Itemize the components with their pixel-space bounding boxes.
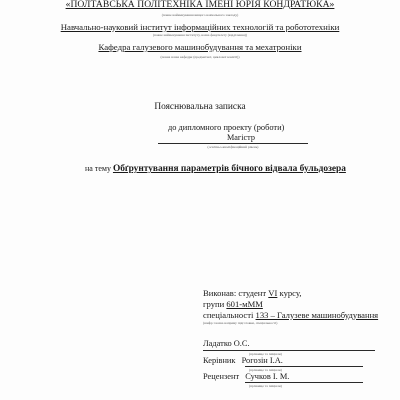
topic-prefix: на тему	[85, 164, 111, 173]
topic-title: Обґрунтування параметрів бічного відвала…	[113, 164, 346, 174]
performed-label: Виконав: студент	[203, 288, 266, 298]
supervisor-name: Рогозін І.А.	[242, 356, 283, 365]
student-name: Ладатко О.С.	[203, 339, 250, 348]
institute-name: Навчально-науковий інститут інформаційни…	[0, 22, 400, 32]
department-caption: (повна назва кафедри (предметної, циклов…	[0, 55, 400, 59]
reviewer-caption: (прізвище та ініціали)	[249, 384, 282, 388]
specialty-row: спеціальності 133 – Галузеве машинобудув…	[203, 310, 378, 320]
degree: Магістр	[227, 133, 255, 142]
reviewer-name: Сучков І. М.	[245, 372, 289, 381]
degree-caption: (освітньо-кваліфікаційний рівень)	[158, 145, 308, 149]
university-caption: (повне найменування вищого навчального з…	[0, 13, 400, 17]
specialty-label: спеціальності	[203, 310, 253, 320]
supervisor-row: Керівник Рогозін І.А.	[203, 356, 283, 365]
document-type: Пояснювальна записка	[0, 102, 400, 112]
department-name: Кафедра галузевого машинобудування та ме…	[0, 42, 400, 52]
topic-row: на тему Обґрунтування параметрів бічного…	[85, 164, 346, 174]
group-label: групи	[203, 299, 224, 309]
reviewer-label: Рецензент	[203, 372, 239, 381]
supervisor-label: Керівник	[203, 356, 236, 365]
group-row: групи 601-мММ	[203, 299, 263, 309]
university-name: «ПОЛТАВСЬКА ПОЛІТЕХНІКА ІМЕНІ ЮРІЯ КОНДР…	[0, 0, 400, 10]
group-value: 601-мММ	[226, 299, 262, 309]
specialty-value: 133 – Галузеве машинобудування	[256, 310, 379, 320]
course-value: VI	[268, 288, 277, 298]
document-subtitle: до дипломного проекту (роботи)	[168, 123, 284, 132]
institute-caption: (повне найменування інституту, назва фак…	[0, 33, 400, 37]
specialty-caption: (шифр і назва напряму підготовки, спеціа…	[203, 321, 277, 325]
title-page: «ПОЛТАВСЬКА ПОЛІТЕХНІКА ІМЕНІ ЮРІЯ КОНДР…	[0, 0, 400, 400]
performed-by-row: Виконав: студент VI курсу,	[203, 288, 301, 298]
student-signature-line	[203, 350, 375, 351]
reviewer-row: Рецензент Сучков І. М.	[203, 372, 289, 381]
course-suffix: курсу,	[280, 288, 302, 298]
